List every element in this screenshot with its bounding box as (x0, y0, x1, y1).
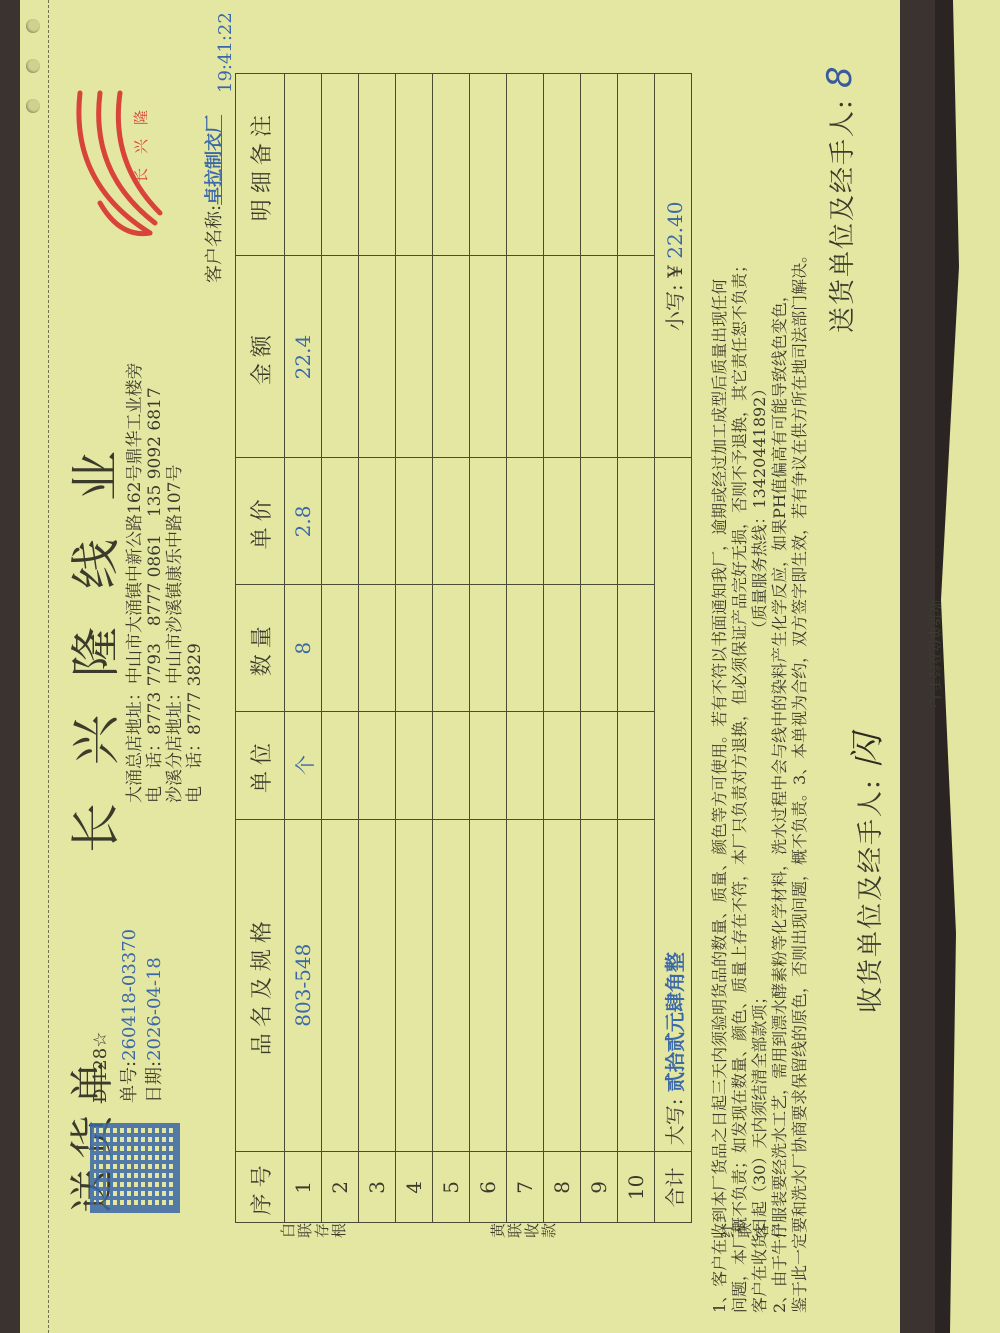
terms-line: 鉴于此一定要和洗水厂协商要求保留线的原色，否则出现问题，概不负责。3、本单视为合… (790, 13, 810, 1313)
order-date: 日期:2026-04-18 (140, 957, 166, 1103)
logo-text: 长兴隆 (130, 96, 151, 183)
table-row: 3 (359, 74, 396, 1223)
table-row: 6 (470, 74, 507, 1223)
header-no: 序号 (236, 1152, 285, 1223)
copy-label-white: 白联存根 (280, 1220, 348, 1241)
sender-signature: 8 (820, 64, 860, 88)
total-figures: 小写: ¥ 22.40 (655, 74, 692, 458)
terms-line: 客户在收货日起（30）天内须结清全部款项；（质量服务热线：13420441892… (750, 13, 770, 1313)
table-row: 5 (433, 74, 470, 1223)
header-unit: 单位 (236, 711, 285, 819)
items-table: 明细备注 金额 单价 数量 单位 品名及规格 序号 22.4 2.8 8 个 8… (235, 73, 692, 1223)
table-row: 2 (322, 74, 359, 1223)
company-logo-icon (60, 83, 170, 243)
print-time: 19:41:22 (215, 12, 236, 93)
table-header-row: 明细备注 金额 单价 数量 单位 品名及规格 序号 (236, 74, 285, 1223)
total-words: 大写: 贰拾贰元肆角整 (655, 458, 692, 1152)
delivery-note: 长兴隆 长兴隆线业 送货单 大涌总店地址：中山市大涌镇中新公路162号鼎华工业楼… (20, 0, 900, 1333)
table-row: 22.4 2.8 8 个 803-548 1 (285, 74, 322, 1223)
header-qty: 数量 (236, 585, 285, 712)
customer-name: 客户名称:卓拉制衣厂 (200, 115, 226, 283)
terms-line: 1、客户在收到本厂货品之日起三天内须验明货品的数量、质量、颜色等方可使用。若有不… (710, 13, 730, 1313)
header-note: 明细备注 (236, 74, 285, 256)
table-row: 10 (618, 74, 655, 1223)
qr-code-icon (90, 1123, 180, 1213)
terms-line: 问题，本厂概不负责；如发现在数量、颜色、质量上存在不符，本厂只负责对方退换，但必… (730, 13, 750, 1313)
feed-hole-icon (26, 19, 40, 33)
receiver-signature-field: 收货单位及经手人: 闪 (840, 732, 889, 1013)
total-row: 小写: ¥ 22.40 大写: 贰拾贰元肆角整 合计 (655, 74, 692, 1223)
header-amount: 金额 (236, 256, 285, 458)
terms-line: 2、由于牛仔服装要经洗水工艺，需用到漂水酵素粉等化学材料，洗水过程中会与线中的染… (770, 13, 790, 1313)
branch-phone: 电 话：8777 3829 (180, 643, 205, 803)
serial-code: D-128☆ (90, 1032, 111, 1103)
tractor-feed-holes (20, 0, 48, 1333)
table-row: 4 (396, 74, 433, 1223)
adjacent-sheet-label: 收货单位及经手人: (921, 600, 945, 900)
perforation-line (48, 0, 49, 1333)
quality-hotline: （质量服务热线：13420441892） (750, 381, 769, 629)
feed-hole-icon (26, 59, 40, 73)
sender-signature-field: 送货单位及经手人: 8 (820, 64, 860, 333)
table-row: 9 (581, 74, 618, 1223)
header-name: 品名及规格 (236, 819, 285, 1151)
copy-label-yellow: 黄联收款 (490, 1220, 558, 1241)
company-name: 长兴隆线业 (56, 413, 128, 853)
header-price: 单价 (236, 458, 285, 585)
total-label: 合计 (655, 1152, 692, 1223)
receiver-signature: 闪 (848, 732, 888, 768)
table-row: 8 (544, 74, 581, 1223)
table-row: 7 (507, 74, 544, 1223)
terms-and-conditions: 1、客户在收到本厂货品之日起三天内须验明货品的数量、质量、颜色等方可使用。若有不… (710, 13, 810, 1313)
order-number: 单号:260418-03370 (115, 929, 141, 1103)
feed-hole-icon (26, 99, 40, 113)
